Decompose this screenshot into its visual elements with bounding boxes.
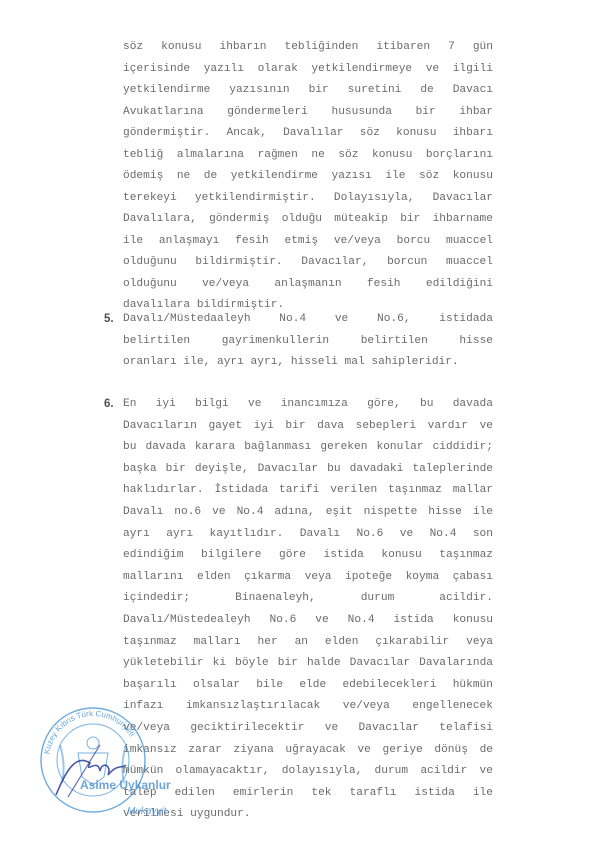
text-line: Davacıların gayet iyi bir dava sebepleri… xyxy=(123,419,493,433)
item-number: 6. xyxy=(104,397,114,411)
text-line: bu davada karara bağlanması gereken konu… xyxy=(123,440,493,454)
text-line: olduğunu ve/veya anlaşmanın fesih edildi… xyxy=(123,277,493,291)
text-line: Davalı/Müstedaaleyh No.4 ve No.6, istida… xyxy=(123,312,493,326)
stamp-name: Asime Uykanlur xyxy=(80,778,171,792)
text-line: olduğunu bildirmiştir. Davacılar, borcun… xyxy=(123,255,493,269)
text-line: imkansız zarar ziyana uğrayacak ve geriy… xyxy=(123,743,493,757)
text-line: infazı imkansızlaştırılacak ve/veya enge… xyxy=(123,699,493,713)
text-line: yetkilendirme yazısının bir suretini de … xyxy=(123,83,493,97)
text-line: edindiğim bilgilere göre istida konusu t… xyxy=(123,548,493,562)
text-line: haklıdırlar. İstidada tarifi verilen taş… xyxy=(123,483,493,497)
text-line: içindedir; Binaenaleyh, durum acildir. xyxy=(123,591,493,605)
text-line: Avukatlarına göndermeleri hususunda bir … xyxy=(123,105,493,119)
text-line: mallarını elden çıkarma veya ipoteğe koy… xyxy=(123,570,493,584)
text-line: ödemiş ne de yetkilendirme yazısı ile sö… xyxy=(123,169,493,183)
text-line: yükletebilir ki böyle bir halde Davacıla… xyxy=(123,656,493,670)
text-line: verilmesi uygundur. xyxy=(123,807,493,821)
text-line: belirtilen gayrimenkullerin belirtilen h… xyxy=(123,334,493,348)
text-line: Davalı/Müstedealeyh No.6 ve No.4 istida … xyxy=(123,613,493,627)
text-line: mümkün olamayacaktır, dolayısıyla, durum… xyxy=(123,764,493,778)
text-line: ve/veya geciktirilecektir ve Davacılar t… xyxy=(123,721,493,735)
text-line: terekeyi yetkilendirmiştir. Dolayısıyla,… xyxy=(123,191,493,205)
text-line: tebliğ almalarına rağmen ne söz konusu b… xyxy=(123,148,493,162)
official-stamp: Kuzey Kıbrıs Türk Cumhuriyeti xyxy=(38,705,148,815)
text-line: içerisinde yazılı olarak yetkilendirmeye… xyxy=(123,62,493,76)
text-line: Davalılara, göndermiş olduğu müteakip bi… xyxy=(123,212,493,226)
text-line: En iyi bilgi ve inancımıza göre, bu dava… xyxy=(123,397,493,411)
text-line: başarılı olsalar bile elde edebilecekler… xyxy=(123,678,493,692)
text-line: taşınmaz malları her an elden çıkarabili… xyxy=(123,635,493,649)
text-line: başka bir deyişle, Davacılar bu davadaki… xyxy=(123,462,493,476)
document-page: söz konusu ihbarın tebliğinden itibaren … xyxy=(0,0,595,843)
text-line: talep edilen emirlerin tek taraflı istid… xyxy=(123,786,493,800)
text-line: davalılara bildirmiştir. xyxy=(123,298,493,312)
text-line: göndermiştir. Ancak, Davalılar söz konus… xyxy=(123,126,493,140)
stamp-role: Mukayyit xyxy=(127,806,166,817)
text-line: söz konusu ihbarın tebliğinden itibaren … xyxy=(123,40,493,54)
stamp-seal-icon: Kuzey Kıbrıs Türk Cumhuriyeti xyxy=(38,705,148,815)
text-line: oranları ile, ayrı ayrı, hisseli mal sah… xyxy=(123,355,493,369)
text-line: ayrı ayrı kayıtlıdır. Davalı No.6 ve No.… xyxy=(123,527,493,541)
item-number: 5. xyxy=(104,312,114,326)
text-line: Davalı no.6 ve No.4 adına, eşit nispette… xyxy=(123,505,493,519)
text-line: ile anlaşmayı fesih etmiş ve/veya borcu … xyxy=(123,234,493,248)
